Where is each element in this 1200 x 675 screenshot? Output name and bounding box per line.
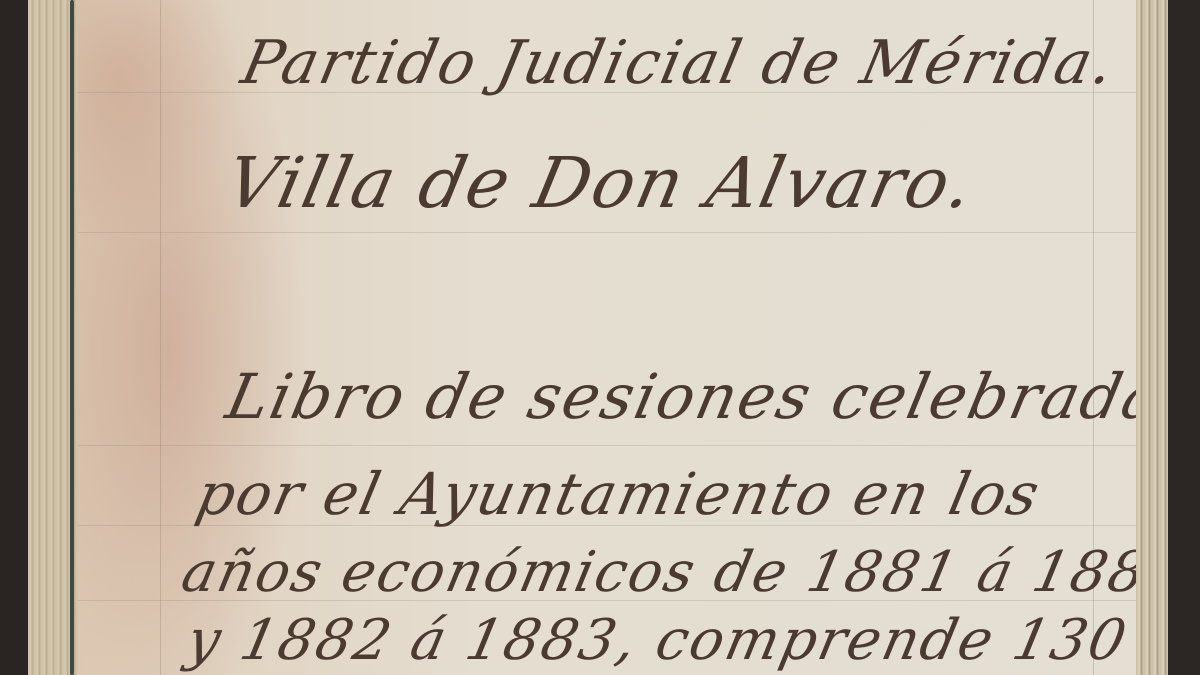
heading-partido-judicial: Partido Judicial de Mérida.: [236, 28, 1122, 98]
binding-thread: [70, 0, 74, 675]
title-line-1: Libro de sesiones celebradas: [220, 360, 1200, 433]
manuscript-page: Partido Judicial de Mérida. Villa de Don…: [78, 0, 1136, 675]
margin-line-left: [160, 0, 161, 675]
heading-villa: Villa de Don Alvaro.: [219, 142, 982, 224]
title-line-2: por el Ayuntamiento en los: [191, 460, 1047, 528]
title-line-3: años económicos de 1881 á 1882: [176, 540, 1191, 605]
ruled-line: [78, 445, 1136, 446]
ruled-line: [78, 232, 1136, 233]
title-line-4: y 1882 á 1883, comprende 130: [181, 608, 1134, 673]
dark-background-left: [0, 0, 28, 675]
page-edges-right: [1136, 0, 1168, 675]
dark-background-right: [1168, 0, 1200, 675]
